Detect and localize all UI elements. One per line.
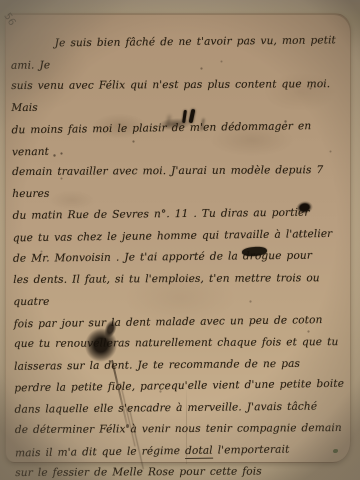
letter-line: que tu vas chez le jeune homme qui trava… bbox=[13, 223, 349, 249]
ink-specks bbox=[0, 0, 1, 1]
letter-body: Je suis bien fâché de ne t'avoir pas vu,… bbox=[11, 30, 352, 480]
line-post-text: l'emporterait bbox=[213, 443, 290, 456]
letter-line: sur le fessier de Melle Rose pour cette … bbox=[15, 461, 351, 480]
letter-line: dans laquelle elle s'encadre à merveille… bbox=[14, 396, 350, 421]
letter-line: du moins fais moi le plaisir de m'en déd… bbox=[11, 116, 348, 164]
letter-line: suis venu avec Félix qui n'est pas plus … bbox=[11, 74, 347, 119]
letter-line: que tu renouvelleras naturellement chaqu… bbox=[14, 332, 350, 356]
letter-line: les dents. Il faut, si tu l'emploies, t'… bbox=[13, 267, 349, 312]
underlined-word: dotal bbox=[185, 444, 213, 458]
letter-line: demain travailler avec moi. J'aurai un m… bbox=[12, 160, 348, 205]
letter-line: Je suis bien fâché de ne t'avoir pas vu,… bbox=[11, 30, 347, 77]
letter-line: de déterminer Félix à venir nous tenir c… bbox=[15, 418, 351, 442]
manuscript-photo: 56 Je suis bien fâché de ne t'avoir pas … bbox=[0, 0, 360, 480]
line-pre-text: mais il m'a dit que le régime bbox=[15, 444, 185, 458]
